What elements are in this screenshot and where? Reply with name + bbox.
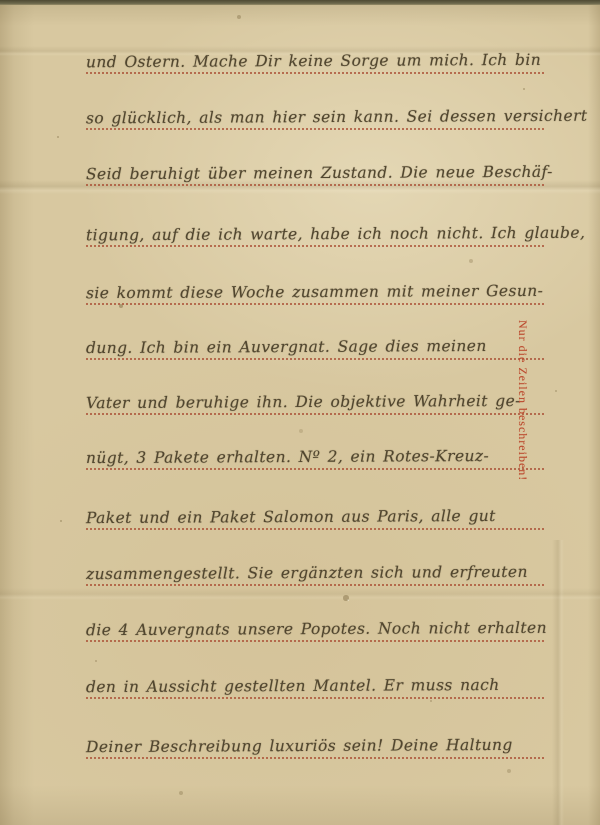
handwriting-text: tigung, auf die ich warte, habe ich noch… (86, 224, 585, 247)
handwritten-line: Vater und beruhige ihn. Die objektive Wa… (86, 375, 544, 415)
handwritten-line: den in Aussicht gestellten Mantel. Er mu… (86, 659, 544, 699)
handwriting-text: die 4 Auvergnats unsere Popotes. Noch ni… (86, 619, 547, 641)
handwritten-line: sie kommt diese Woche zusammen mit meine… (86, 265, 544, 305)
handwriting-text: sie kommt diese Woche zusammen mit meine… (86, 282, 543, 304)
handwriting-text: zusammengestellt. Sie ergänzten sich und… (86, 563, 528, 585)
handwritten-line: nügt, 3 Pakete erhalten. Nº 2, ein Rotes… (86, 430, 544, 470)
handwritten-line: Paket und ein Paket Salomon aus Paris, a… (86, 490, 544, 530)
handwriting-text: nügt, 3 Pakete erhalten. Nº 2, ein Rotes… (86, 447, 489, 469)
handwriting-text: Paket und ein Paket Salomon aus Paris, a… (86, 507, 496, 529)
handwritten-line: tigung, auf die ich warte, habe ich noch… (86, 207, 544, 247)
margin-instruction-text: Nur die Zeilen beschreiben! (515, 320, 530, 492)
handwritten-line: und Ostern. Mache Dir keine Sorge um mic… (86, 34, 544, 74)
paper-speckles (0, 0, 2, 2)
handwriting-text: Deiner Beschreibung luxuriös sein! Deine… (86, 736, 513, 758)
handwriting-text: Seid beruhigt über meinen Zustand. Die n… (86, 163, 553, 185)
handwritten-line: zusammengestellt. Sie ergänzten sich und… (86, 546, 544, 586)
handwritten-line: dung. Ich bin ein Auvergnat. Sage dies m… (86, 320, 544, 360)
handwritten-line: Deiner Beschreibung luxuriös sein! Deine… (86, 719, 544, 759)
handwriting-text: dung. Ich bin ein Auvergnat. Sage dies m… (86, 337, 487, 359)
paper-top-edge (0, 0, 600, 5)
handwritten-line: Seid beruhigt über meinen Zustand. Die n… (86, 146, 544, 186)
handwritten-line: die 4 Auvergnats unsere Popotes. Noch ni… (86, 602, 544, 642)
handwriting-text: so glücklich, als man hier sein kann. Se… (86, 107, 588, 130)
handwriting-text: und Ostern. Mache Dir keine Sorge um mic… (86, 51, 541, 73)
handwriting-text: Vater und beruhige ihn. Die objektive Wa… (86, 392, 521, 414)
handwriting-text: den in Aussicht gestellten Mantel. Er mu… (86, 676, 500, 698)
handwritten-line: so glücklich, als man hier sein kann. Se… (86, 90, 544, 130)
letter-photo: und Ostern. Mache Dir keine Sorge um mic… (0, 0, 600, 825)
